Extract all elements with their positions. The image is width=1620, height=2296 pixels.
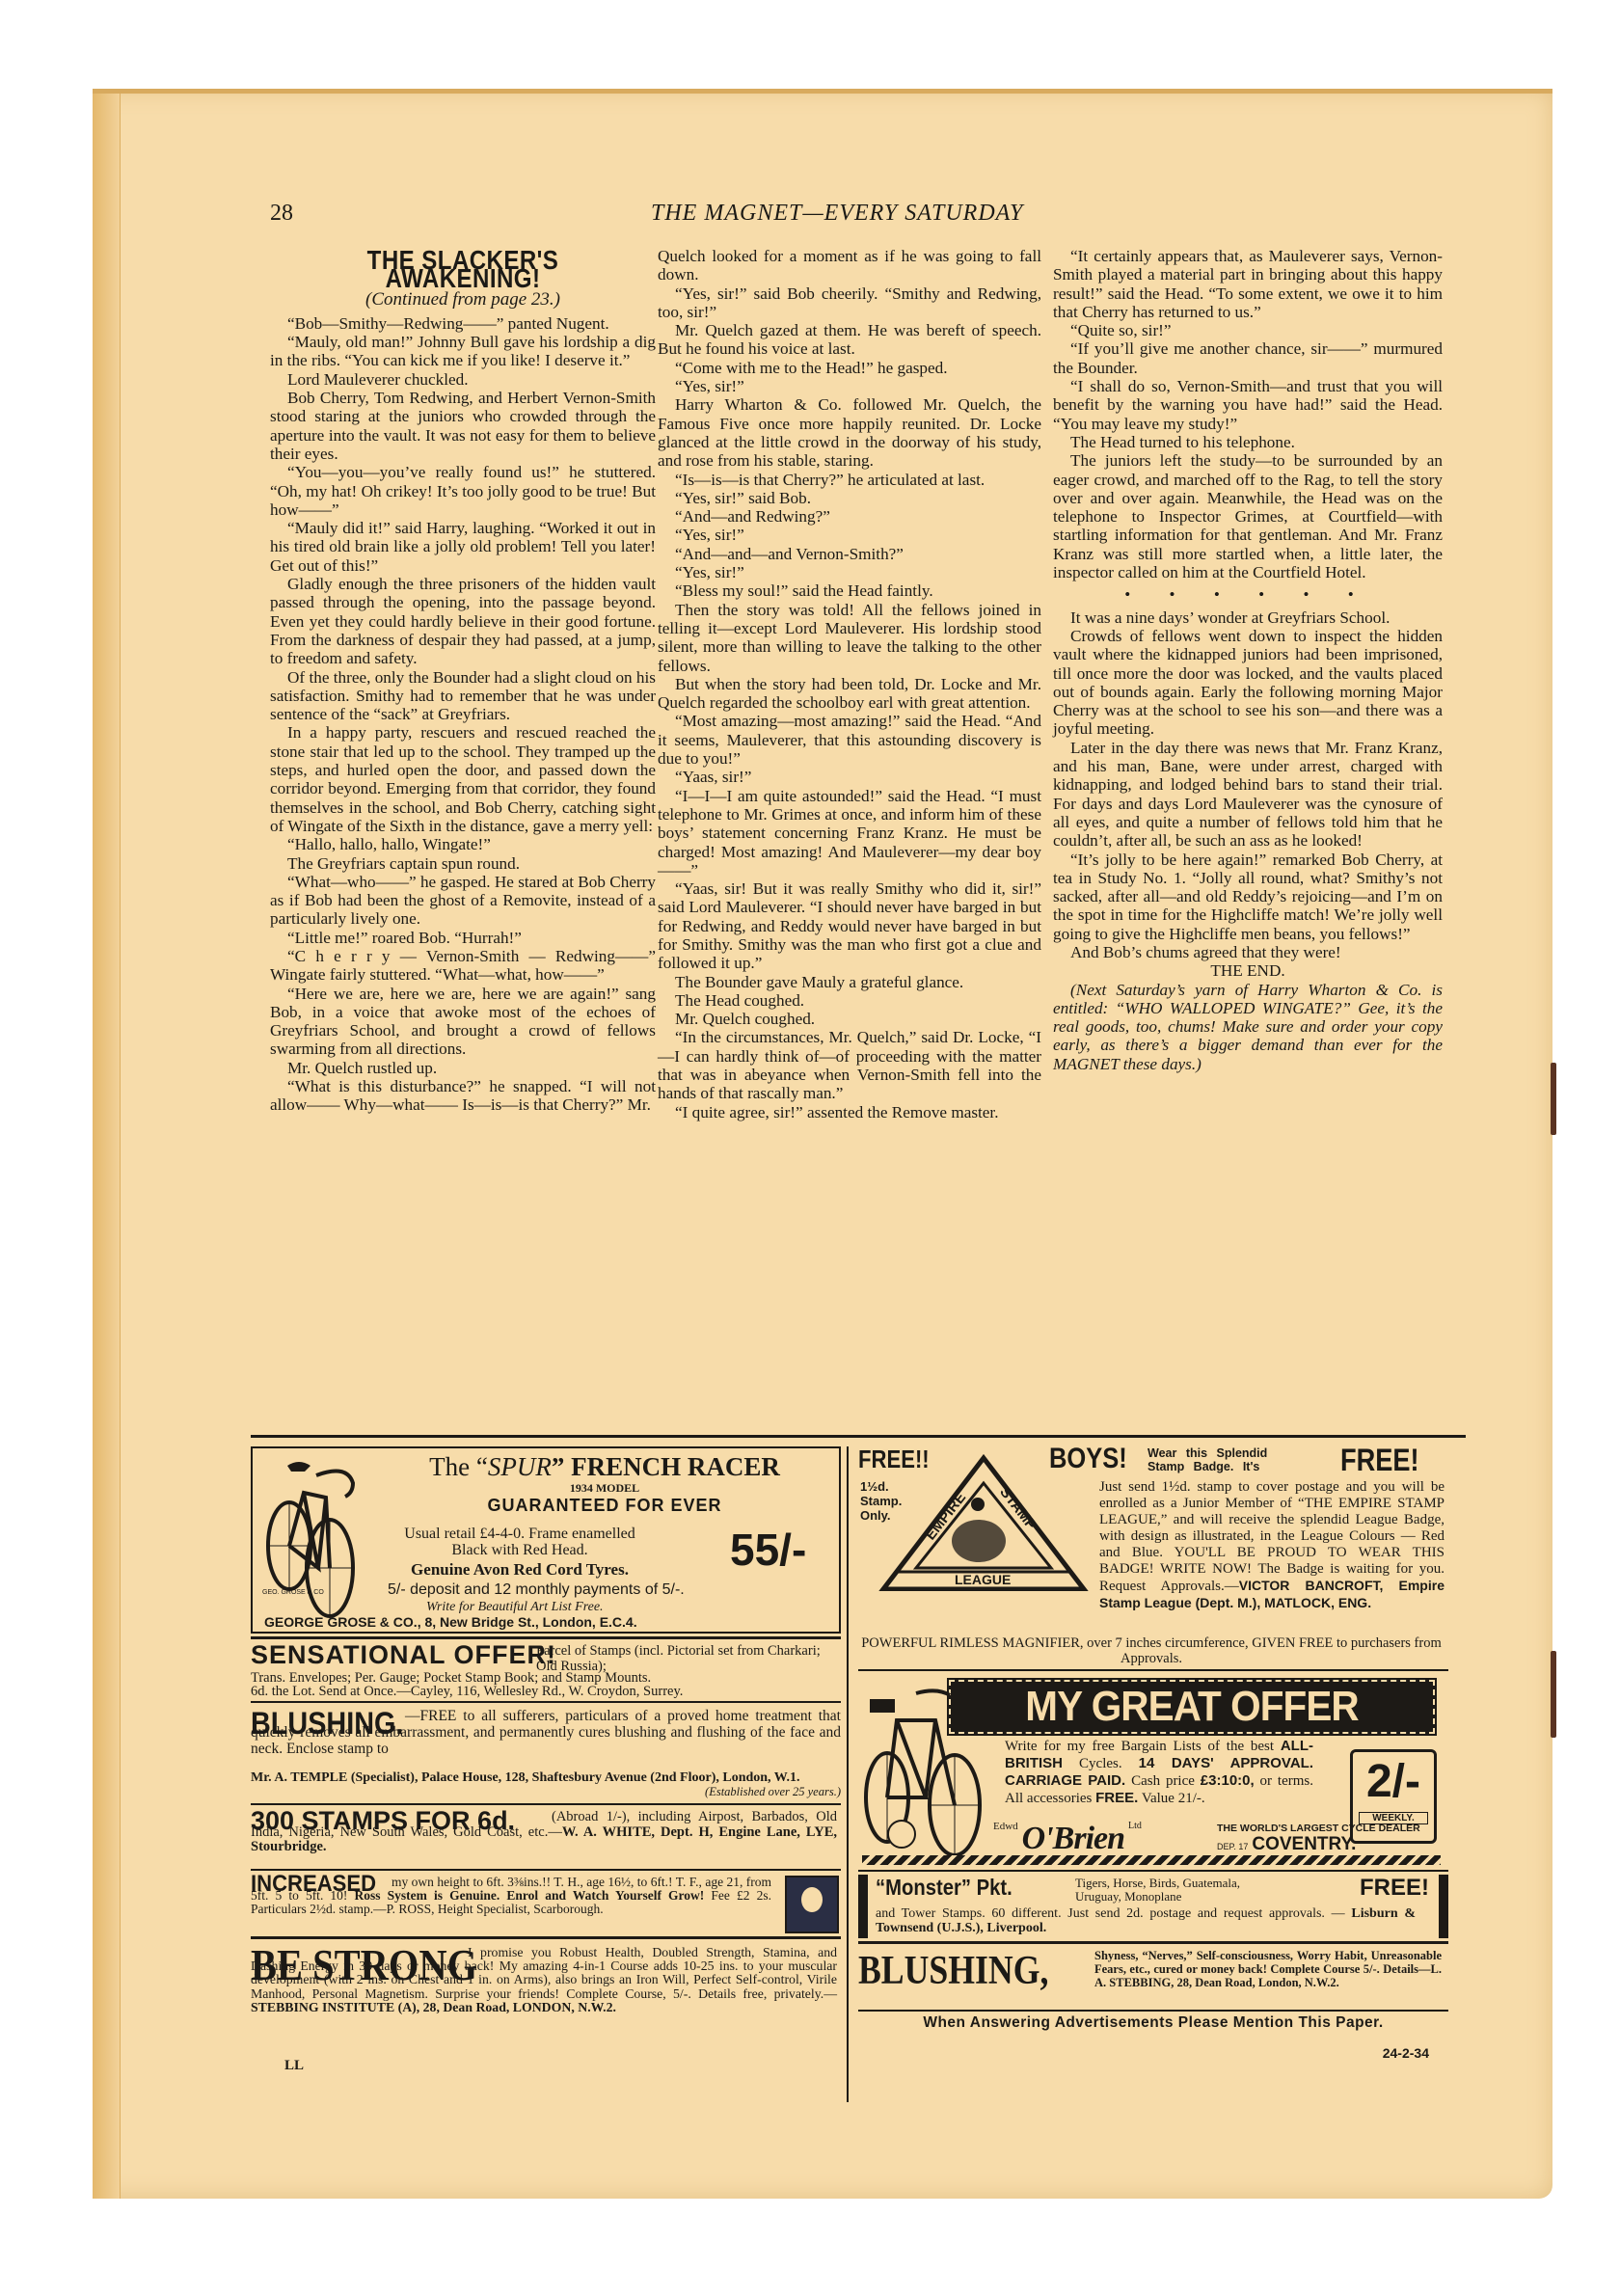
story-paragraph: Mr. Quelch coughed. bbox=[658, 1010, 1041, 1028]
story-paragraph: Then the story was told! All the fellows… bbox=[658, 601, 1041, 675]
ad-increased-height: INCREASED my own height to 6ft. 3⅜ins.!!… bbox=[251, 1874, 841, 1933]
story-paragraph: “It’s jolly to be here again!” remarked … bbox=[1053, 851, 1443, 943]
story-paragraph: But when the story had been told, Dr. Lo… bbox=[658, 675, 1041, 713]
sensational-headline: SENSATIONAL OFFER! bbox=[251, 1640, 556, 1670]
story-paragraph: Of the three, only the Bounder had a sli… bbox=[270, 668, 656, 724]
advertising-notice: When Answering Advertisements Please Men… bbox=[858, 2014, 1448, 2032]
monster-headline: “Monster” Pkt. bbox=[876, 1875, 1012, 1901]
page-edge-tear bbox=[1551, 1063, 1556, 1135]
spur-price: 55/- bbox=[730, 1524, 806, 1576]
issue-date: 24-2-34 bbox=[858, 2045, 1429, 2061]
story-paragraph: “If you’ll give me another chance, sir——… bbox=[1053, 339, 1443, 377]
spur-model: 1934 MODEL bbox=[373, 1481, 836, 1496]
blushing2-headline: BLUSHING, bbox=[858, 1947, 1048, 1995]
blushing-address: Mr. A. TEMPLE (Specialist), Palace House… bbox=[251, 1771, 841, 1798]
ad-divider bbox=[858, 1669, 1448, 1671]
bike-caption: GEO. GROSE & CO bbox=[262, 1589, 324, 1596]
portrait-icon bbox=[785, 1876, 839, 1933]
story-paragraph: “What is this disturbance?” he snapped. … bbox=[270, 1077, 656, 1115]
spur-retail: Usual retail £4-4-0. Frame enamelled Bla… bbox=[361, 1526, 679, 1578]
story-title: THE SLACKER'S AWAKENING! bbox=[297, 251, 629, 288]
ad-sensational-offer: SENSATIONAL OFFER! Parcel of Stamps (inc… bbox=[251, 1642, 841, 1698]
story-paragraph: “Here we are, here we are, here we are a… bbox=[270, 985, 656, 1059]
the-end: THE END. bbox=[1053, 961, 1443, 980]
story-paragraph: The Head coughed. bbox=[658, 991, 1041, 1010]
obrien-signature: Edwd O'Brien Ltd THE WORLD'S LARGEST CYC… bbox=[993, 1821, 1437, 1857]
empire-magnifier: POWERFUL RIMLESS MAGNIFIER, over 7 inche… bbox=[858, 1635, 1444, 1666]
bicycle-illustration bbox=[858, 1682, 984, 1865]
ad-divider bbox=[858, 1870, 1448, 1872]
running-head: THE MAGNET—EVERY SATURDAY bbox=[651, 201, 1023, 227]
story-paragraph: “Yaas, sir!” bbox=[658, 768, 1041, 786]
empire-boys: BOYS! bbox=[1049, 1443, 1127, 1475]
ads-left-column: GEO. GROSE & CO The “SPUR” FRENCH RACER … bbox=[251, 1446, 841, 2074]
spur-title: The “SPUR” FRENCH RACER bbox=[373, 1452, 836, 1481]
story-paragraph: The Bounder gave Mauly a grateful glance… bbox=[658, 973, 1041, 991]
story-paragraph: “It certainly appears that, as Maulevere… bbox=[1053, 247, 1443, 321]
story-paragraph: Lord Mauleverer chuckled. bbox=[270, 370, 656, 389]
ad-monster-packet: “Monster” Pkt. Tigers, Horse, Birds, Gua… bbox=[858, 1875, 1448, 1938]
ad-blushing-temple: BLUSHING. —FREE to all sufferers, partic… bbox=[251, 1706, 841, 1800]
story-column-1: THE SLACKER'S AWAKENING! (Continued from… bbox=[270, 247, 656, 1115]
story-paragraph: “Yes, sir!” bbox=[658, 377, 1041, 395]
spur-write: Write for Beautiful Art List Free. bbox=[426, 1600, 604, 1615]
story-paragraph: “Bless my soul!” said the Head faintly. bbox=[658, 581, 1041, 600]
story-paragraph: “Mauly, old man!” Johnny Bull gave his l… bbox=[270, 333, 656, 370]
ad-blushing-stebbing: BLUSHING, Shyness, “Nerves,” Self-consci… bbox=[858, 1947, 1448, 2007]
hatched-border bbox=[862, 1855, 1441, 1865]
ad-divider bbox=[251, 1936, 841, 1939]
great-offer-text: Write for my free Bargain Lists of the b… bbox=[1005, 1738, 1313, 1807]
story-paragraph: “C h e r r y — Vernon-Smith — Redwing——”… bbox=[270, 947, 656, 985]
story-paragraph: “And—and—and Vernon-Smith?” bbox=[658, 545, 1041, 563]
story-paragraph: “What—who——” he gasped. He stared at Bob… bbox=[270, 873, 656, 929]
spur-address: GEORGE GROSE & CO., 8, New Bridge St., L… bbox=[264, 1614, 637, 1630]
ad-divider bbox=[251, 1636, 841, 1639]
story-paragraph: Later in the day there was news that Mr.… bbox=[1053, 739, 1443, 851]
story-paragraph: In a happy party, rescuers and rescued r… bbox=[270, 723, 656, 835]
obrien-logo: O'Brien bbox=[1022, 1821, 1124, 1856]
section-separator: • • • • • • bbox=[1053, 585, 1443, 604]
story-paragraph: “I shall do so, Vernon-Smith—and trust t… bbox=[1053, 377, 1443, 433]
story-paragraph: Quelch looked for a moment as if he was … bbox=[658, 247, 1041, 284]
story-paragraph: Bob Cherry, Tom Redwing, and Herbert Ver… bbox=[270, 389, 656, 463]
story-paragraph: “Yaas, sir! But it was really Smithy who… bbox=[658, 879, 1041, 972]
story-paragraph: “Yes, sir!” said Bob. bbox=[658, 489, 1041, 507]
story-paragraph: “Hallo, hallo, hallo, Wingate!” bbox=[270, 835, 656, 853]
story-paragraph: The juniors left the study—to be surroun… bbox=[1053, 451, 1443, 581]
spur-guarantee: GUARANTEED FOR EVER bbox=[373, 1496, 836, 1516]
story-paragraph: “You—you—you’ve really found us!” he stu… bbox=[270, 463, 656, 519]
story-paragraph: “I—I—I am quite astounded!” said the Hea… bbox=[658, 787, 1041, 879]
story-paragraph: “Is—is—is that Cherry?” he articulated a… bbox=[658, 471, 1041, 489]
page-number: 28 bbox=[270, 201, 293, 227]
story-paragraph: The Head turned to his telephone. bbox=[1053, 433, 1443, 451]
story-paragraph: Mr. Quelch rustled up. bbox=[270, 1059, 656, 1077]
story-paragraph: The Greyfriars captain spun round. bbox=[270, 854, 656, 873]
ad-divider bbox=[858, 2010, 1448, 2012]
spur-terms: 5/- deposit and 12 monthly payments of 5… bbox=[388, 1581, 685, 1599]
story-column-2: Quelch looked for a moment as if he was … bbox=[658, 247, 1041, 1121]
story-paragraph: “In the circumstances, Mr. Quelch,” said… bbox=[658, 1028, 1041, 1102]
story-paragraph: And Bob’s chums agreed that they were! bbox=[1053, 943, 1443, 961]
empire-text: Just send 1½d. stamp to cover postage an… bbox=[858, 1479, 1444, 1612]
story-paragraph: Mr. Quelch gazed at them. He was bereft … bbox=[658, 321, 1041, 359]
spur-tyres: Genuine Avon Red Cord Tyres. bbox=[361, 1561, 679, 1578]
story-paragraph: “I quite agree, sir!” assented the Remov… bbox=[658, 1103, 1041, 1121]
column-divider bbox=[847, 1446, 849, 2102]
story-paragraph: “Most amazing—most amazing!” said the He… bbox=[658, 712, 1041, 768]
story-paragraph: “Yes, sir!” said Bob cheerily. “Smithy a… bbox=[658, 284, 1041, 322]
story-paragraph: “Yes, sir!” bbox=[658, 526, 1041, 544]
ad-spur-racer: GEO. GROSE & CO The “SPUR” FRENCH RACER … bbox=[251, 1446, 841, 1634]
story-paragraph: “Mauly did it!” said Harry, laughing. “W… bbox=[270, 519, 656, 575]
story-paragraph: “And—and Redwing?” bbox=[658, 507, 1041, 526]
divider-rule bbox=[251, 1435, 1466, 1438]
ad-divider bbox=[251, 1803, 841, 1805]
next-week-notice: (Next Saturday’s yarn of Harry Wharton &… bbox=[1053, 981, 1443, 1073]
great-offer-banner: MY GREAT OFFER bbox=[949, 1680, 1435, 1734]
story-paragraph: “Quite so, sir!” bbox=[1053, 321, 1443, 339]
story-paragraph: Gladly enough the three prisoners of the… bbox=[270, 575, 656, 667]
story-paragraph: “Little me!” roared Bob. “Hurrah!” bbox=[270, 929, 656, 947]
page-edge-tear bbox=[1551, 1651, 1556, 1738]
stamps-text: (Abroad 1/-), including Airpost, Barbado… bbox=[251, 1810, 837, 1855]
ads-right-column: FREE!! 1½d. Stamp. Only. EMPIRE STAMP LE… bbox=[858, 1446, 1448, 2061]
story-paragraph: It was a nine days’ wonder at Greyfriars… bbox=[1053, 608, 1443, 627]
ad-300-stamps: 300 STAMPS FOR 6d. (Abroad 1/-), includi… bbox=[251, 1808, 841, 1866]
ad-empire-stamp-league: FREE!! 1½d. Stamp. Only. EMPIRE STAMP LE… bbox=[858, 1446, 1448, 1666]
ad-be-strong: BE STRONG I promise you Robust Health, D… bbox=[251, 1942, 841, 2058]
ad-divider bbox=[251, 1701, 841, 1703]
printer-mark: LL bbox=[284, 2058, 841, 2074]
story-column-3: “It certainly appears that, as Maulevere… bbox=[1053, 247, 1443, 1073]
page-header: 28 THE MAGNET—EVERY SATURDAY bbox=[270, 201, 1466, 230]
ad-my-great-offer: MY GREAT OFFER Write for my free Bargain… bbox=[858, 1674, 1448, 1867]
ad-divider bbox=[858, 1941, 1448, 1944]
story-paragraph: “Bob—Smithy—Redwing——” panted Nugent. bbox=[270, 314, 656, 333]
spur-copy: The “SPUR” FRENCH RACER 1934 MODEL GUARA… bbox=[373, 1452, 836, 1516]
bicycle-illustration: GEO. GROSE & CO bbox=[260, 1454, 357, 1618]
story-paragraph: “Yes, sir!” bbox=[658, 563, 1041, 581]
story-paragraph: Crowds of fellows went down to inspect t… bbox=[1053, 627, 1443, 739]
story-paragraph: “Come with me to the Head!” he gasped. bbox=[658, 359, 1041, 377]
story-paragraph: Harry Wharton & Co. followed Mr. Quelch,… bbox=[658, 395, 1041, 470]
